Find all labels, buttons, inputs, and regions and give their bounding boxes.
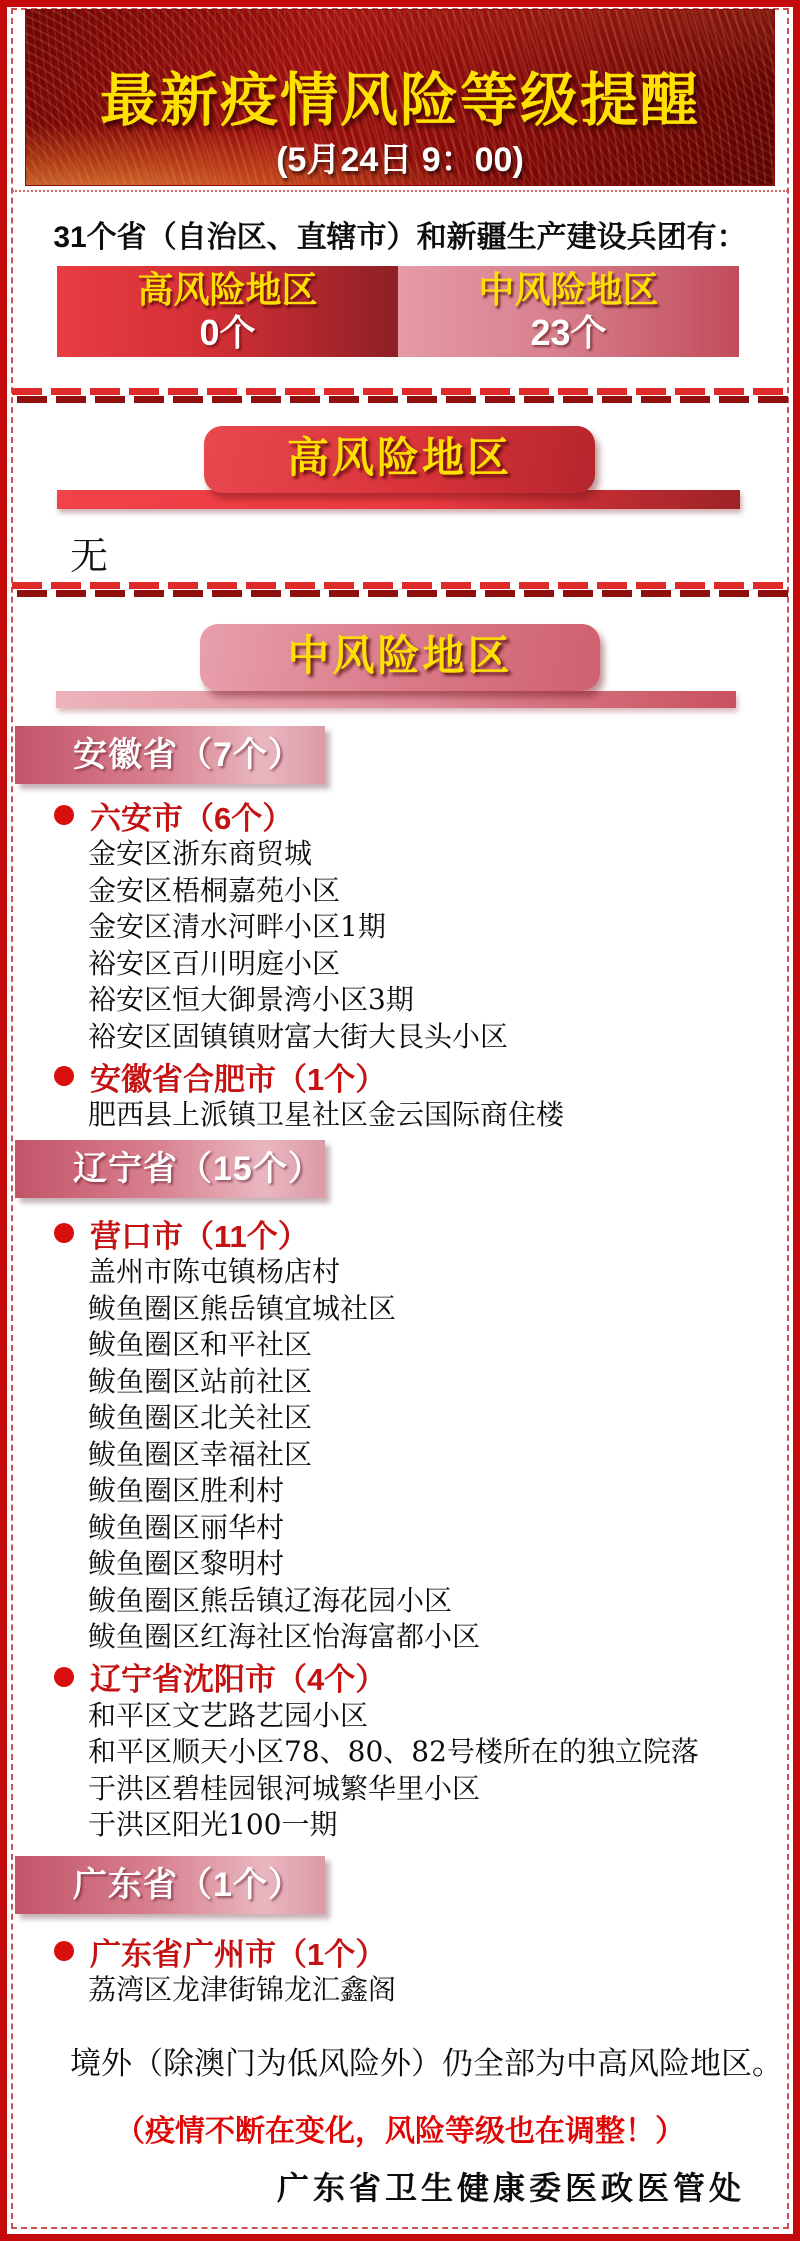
list-item: 盖州市陈屯镇杨店村 <box>88 1254 800 1291</box>
list-item: 金安区浙东商贸城 <box>88 836 800 873</box>
medium-risk-stat-box: 中风险地区 23个 <box>398 266 739 357</box>
list-item: 裕安区恒大御景湾小区3期 <box>88 982 800 1019</box>
list-item: 于洪区碧桂园银河城繁华里小区 <box>88 1771 800 1808</box>
high-risk-stat-box: 高风险地区 0个 <box>57 266 398 357</box>
bullet-icon <box>54 1223 74 1243</box>
province-section-liaoning: 辽宁省（15个） 营口市（11个） 盖州市陈屯镇杨店村 鲅鱼圈区熊岳镇宜城社区 … <box>0 1140 800 1844</box>
city-name: 安徽省合肥市（1个） <box>90 1054 386 1099</box>
list-item: 于洪区阳光100一期 <box>88 1807 800 1844</box>
province-label: 安徽省（7个） <box>15 726 325 784</box>
venue-list: 盖州市陈屯镇杨店村 鲅鱼圈区熊岳镇宜城社区 鲅鱼圈区和平社区 鲅鱼圈区站前社区 … <box>0 1254 800 1656</box>
city-header: 安徽省合肥市（1个） <box>54 1059 800 1093</box>
venue-list: 荔湾区龙津街锦龙汇鑫阁 <box>0 1972 800 2009</box>
page-datetime: (5月24日 9：00) <box>25 132 775 181</box>
bullet-icon <box>54 1941 74 1961</box>
province-label: 广东省（1个） <box>15 1856 325 1914</box>
signature: 广东省卫生健康委医政医管处 <box>277 2163 745 2209</box>
list-item: 和平区顺天小区78、80、82号楼所在的独立院落 <box>88 1734 800 1771</box>
list-item: 金安区清水河畔小区1期 <box>88 909 800 946</box>
city-header: 营口市（11个） <box>54 1216 800 1250</box>
list-item: 鲅鱼圈区和平社区 <box>88 1327 800 1364</box>
dashed-divider <box>12 388 788 404</box>
city-header: 六安市（6个） <box>54 798 800 832</box>
province-section-anhui: 安徽省（7个） 六安市（6个） 金安区浙东商贸城 金安区梧桐嘉苑小区 金安区清水… <box>0 726 800 1134</box>
header-banner: 最新疫情风险等级提醒 (5月24日 9：00) <box>25 9 775 186</box>
bullet-icon <box>54 805 74 825</box>
page-title: 最新疫情风险等级提醒 <box>25 53 775 137</box>
high-risk-section-header: 高风险地区 <box>204 426 595 493</box>
city-name: 六安市（6个） <box>90 793 293 838</box>
city-name: 营口市（11个） <box>90 1211 309 1256</box>
city-name: 辽宁省沈阳市（4个） <box>90 1654 386 1699</box>
banner-bottom-dotted-line <box>12 190 788 192</box>
venue-list: 金安区浙东商贸城 金安区梧桐嘉苑小区 金安区清水河畔小区1期 裕安区百川明庭小区… <box>0 836 800 1055</box>
poster-page: 最新疫情风险等级提醒 (5月24日 9：00) 31个省（自治区、直辖市）和新疆… <box>0 0 800 2241</box>
bullet-icon <box>54 1066 74 1086</box>
list-item: 裕安区固镇镇财富大街大艮头小区 <box>88 1019 800 1056</box>
list-item: 鲅鱼圈区熊岳镇宜城社区 <box>88 1291 800 1328</box>
dashed-divider <box>12 582 788 598</box>
high-risk-stat-label: 高风险地区 <box>137 269 317 311</box>
list-item: 鲅鱼圈区熊岳镇辽海花园小区 <box>88 1583 800 1620</box>
stat-boxes: 高风险地区 0个 中风险地区 23个 <box>57 266 739 357</box>
overseas-note: 境外（除澳门为低风险外）仍全部为中高风险地区。 <box>70 2038 783 2083</box>
list-item: 鲅鱼圈区丽华村 <box>88 1510 800 1547</box>
medium-risk-section-header: 中风险地区 <box>200 624 600 691</box>
high-risk-empty-text: 无 <box>70 525 108 580</box>
list-item: 鲅鱼圈区黎明村 <box>88 1546 800 1583</box>
city-header: 广东省广州市（1个） <box>54 1934 800 1968</box>
province-label: 辽宁省（15个） <box>15 1140 325 1198</box>
warning-note: （疫情不断在变化，风险等级也在调整！） <box>0 2106 800 2150</box>
intro-text: 31个省（自治区、直辖市）和新疆生产建设兵团有： <box>0 212 800 256</box>
list-item: 肥西县上派镇卫星社区金云国际商住楼 <box>88 1097 800 1134</box>
list-item: 鲅鱼圈区幸福社区 <box>88 1437 800 1474</box>
venue-list: 肥西县上派镇卫星社区金云国际商住楼 <box>0 1097 800 1134</box>
high-risk-stat-count: 0个 <box>199 312 255 354</box>
bullet-icon <box>54 1667 74 1687</box>
list-item: 鲅鱼圈区站前社区 <box>88 1364 800 1401</box>
province-section-guangdong: 广东省（1个） 广东省广州市（1个） 荔湾区龙津街锦龙汇鑫阁 <box>0 1856 800 2009</box>
list-item: 鲅鱼圈区北关社区 <box>88 1400 800 1437</box>
medium-risk-stat-label: 中风险地区 <box>478 269 658 311</box>
city-header: 辽宁省沈阳市（4个） <box>54 1660 800 1694</box>
list-item: 和平区文艺路艺园小区 <box>88 1698 800 1735</box>
list-item: 荔湾区龙津街锦龙汇鑫阁 <box>88 1972 800 2009</box>
venue-list: 和平区文艺路艺园小区 和平区顺天小区78、80、82号楼所在的独立院落 于洪区碧… <box>0 1698 800 1844</box>
medium-risk-stat-count: 23个 <box>530 312 606 354</box>
list-item: 裕安区百川明庭小区 <box>88 946 800 983</box>
list-item: 鲅鱼圈区红海社区怡海富都小区 <box>88 1619 800 1656</box>
city-name: 广东省广州市（1个） <box>90 1929 386 1974</box>
medium-risk-header-bar <box>56 691 736 708</box>
list-item: 鲅鱼圈区胜利村 <box>88 1473 800 1510</box>
list-item: 金安区梧桐嘉苑小区 <box>88 873 800 910</box>
